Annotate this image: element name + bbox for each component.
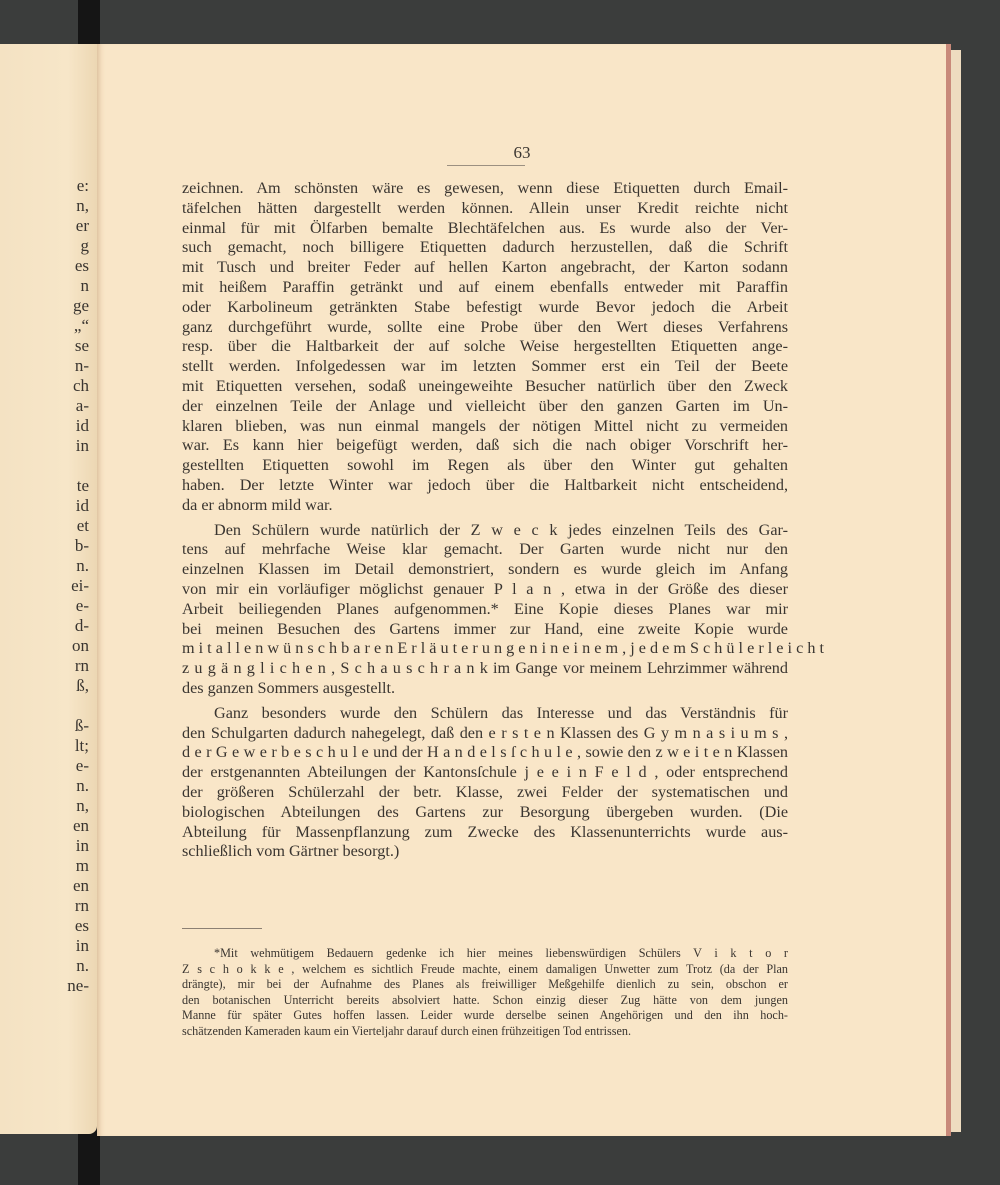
paragraph: Ganz besonders wurde den Schülern das In… — [182, 704, 788, 862]
left-fragment-line: e- — [67, 756, 89, 776]
left-page: e:n,ergesnge„“sen-cha-idinteidetb-n.ei-e… — [0, 44, 97, 1134]
left-fragment-line: m — [67, 856, 89, 876]
right-page: 63 zeichnen. Am schönsten wäre es gewese… — [97, 44, 947, 1136]
paragraph: Den Schülern wurde natürlich der Z w e c… — [182, 521, 788, 699]
left-fragment-line: lt; — [67, 736, 89, 756]
left-fragment-line: e: — [67, 176, 89, 196]
text-line: Den Schülern wurde natürlich der Z w e c… — [182, 521, 788, 541]
text-line: einzelnen Klassen im Detail demonstriert… — [182, 560, 788, 580]
left-fragment-line: ch — [67, 376, 89, 396]
left-fragment-line: en — [67, 876, 89, 896]
text-line: ganz durchgeführt wurde, sollte eine Pro… — [182, 318, 788, 338]
footnote: *Mit wehmütigem Bedauern gedenke ich hie… — [182, 946, 788, 1040]
left-fragment-line: rn — [67, 896, 89, 916]
left-fragment-line: d- — [67, 616, 89, 636]
left-fragment-line: g — [67, 236, 89, 256]
text-line: biologischen Abteilungen des Gartens zur… — [182, 803, 788, 823]
page-number: 63 — [97, 143, 947, 163]
page-number-rule — [447, 165, 525, 166]
text-line: zeichnen. Am schönsten wäre es gewesen, … — [182, 179, 788, 199]
text-line: oder Karbolineum getränkten Stabe befest… — [182, 298, 788, 318]
left-fragment-line: es — [67, 256, 89, 276]
left-fragment-line: a- — [67, 396, 89, 416]
text-line: klaren blieben, was nun einmal mangels d… — [182, 417, 788, 437]
text-line: war. Es kann hier beigefügt werden, daß … — [182, 436, 788, 456]
left-fragment-line: e- — [67, 596, 89, 616]
text-line: der größeren Schülerzahl der betr. Klass… — [182, 783, 788, 803]
page-edge-back — [951, 50, 961, 1132]
text-line: Arbeit beiliegenden Planes aufgenommen.*… — [182, 600, 788, 620]
left-fragment-line: er — [67, 216, 89, 236]
body-text: zeichnen. Am schönsten wäre es gewesen, … — [182, 179, 788, 862]
left-fragment-line: n, — [67, 196, 89, 216]
text-line: den Schulgarten dadurch nahegelegt, daß … — [182, 724, 788, 744]
left-fragment-line: id — [67, 416, 89, 436]
text-line: mit Tusch und breiter Feder auf hellen K… — [182, 258, 788, 278]
footnote-line: schätzenden Kameraden kaum ein Viertelja… — [182, 1024, 788, 1040]
text-line: haben. Der letzte Winter war jedoch über… — [182, 476, 788, 496]
left-fragment-line: n — [67, 276, 89, 296]
text-line: tens auf mehrfache Weise klar gemacht. D… — [182, 540, 788, 560]
left-fragment-line: se — [67, 336, 89, 356]
text-line: mit Etiquetten versehen, sodaß uneingewe… — [182, 377, 788, 397]
left-fragment-line: in — [67, 436, 89, 456]
left-fragment-line: rn — [67, 656, 89, 676]
left-fragment-line: n. — [67, 776, 89, 796]
left-fragment-line: ge — [67, 296, 89, 316]
left-fragment-line: ß- — [67, 716, 89, 736]
text-line: gestellten Etiquetten sowohl im Regen al… — [182, 456, 788, 476]
left-fragment-line: te — [67, 476, 89, 496]
left-fragment-line: in — [67, 936, 89, 956]
text-line: d e r G e w e r b e s c h u l e und der … — [182, 743, 788, 763]
footnote-line: Z s c h o k k e , welchem es sichtlich F… — [182, 962, 788, 978]
text-line: der einzelnen Teile der Anlage und viell… — [182, 397, 788, 417]
left-fragment-line: in — [67, 836, 89, 856]
left-fragment-line: es — [67, 916, 89, 936]
left-fragment-line: en — [67, 816, 89, 836]
left-fragment-line: ne- — [67, 976, 89, 996]
footnote-line: drängte), mir bei der Aufnahme des Plane… — [182, 977, 788, 993]
paragraph: zeichnen. Am schönsten wäre es gewesen, … — [182, 179, 788, 516]
left-fragment-line: n- — [67, 356, 89, 376]
text-line: mit heißem Paraffin getränkt und auf ein… — [182, 278, 788, 298]
left-fragment-line: „“ — [67, 316, 89, 336]
left-fragment-line: ei- — [67, 576, 89, 596]
left-fragment-line — [67, 456, 89, 476]
text-line: täfelchen hätten dargestellt werden könn… — [182, 199, 788, 219]
footnote-divider — [182, 928, 262, 929]
left-page-text-fragments: e:n,ergesnge„“sen-cha-idinteidetb-n.ei-e… — [67, 176, 89, 996]
left-fragment-line: n. — [67, 556, 89, 576]
text-line: einmal für mit Ölfarben bemalte Blechtäf… — [182, 219, 788, 239]
left-fragment-line: b- — [67, 536, 89, 556]
text-line: m i t a l l e n w ü n s c h b a r e n E … — [182, 639, 788, 659]
text-line: bei meinen Besuchen des Gartens immer zu… — [182, 620, 788, 640]
left-fragment-line: on — [67, 636, 89, 656]
text-line: z u g ä n g l i c h e n , S c h a u s c … — [182, 659, 788, 679]
left-fragment-line — [67, 696, 89, 716]
left-fragment-line: et — [67, 516, 89, 536]
footnote-line: Manne für später Gutes hoffen lassen. Le… — [182, 1008, 788, 1024]
text-line: schließlich vom Gärtner besorgt.) — [182, 842, 788, 862]
text-line: such gemacht, noch billigere Etiquetten … — [182, 238, 788, 258]
left-fragment-line: ß, — [67, 676, 89, 696]
text-line: des ganzen Sommers ausgestellt. — [182, 679, 788, 699]
text-line: von mir ein vorläufiger möglichst genaue… — [182, 580, 788, 600]
text-line: resp. über die Haltbarkeit der auf solch… — [182, 337, 788, 357]
text-line: der erstgenannten Abteilungen der Kanton… — [182, 763, 788, 783]
text-line: da er abnorm mild war. — [182, 496, 788, 516]
left-fragment-line: n. — [67, 956, 89, 976]
left-fragment-line: id — [67, 496, 89, 516]
footnote-line: *Mit wehmütigem Bedauern gedenke ich hie… — [182, 946, 788, 962]
text-line: stellt werden. Infolgedessen war im letz… — [182, 357, 788, 377]
text-line: Abteilung für Massenpflanzung zum Zwecke… — [182, 823, 788, 843]
left-fragment-line: n, — [67, 796, 89, 816]
footnote-line: den botanischen Unterricht bereits absol… — [182, 993, 788, 1009]
text-line: Ganz besonders wurde den Schülern das In… — [182, 704, 788, 724]
